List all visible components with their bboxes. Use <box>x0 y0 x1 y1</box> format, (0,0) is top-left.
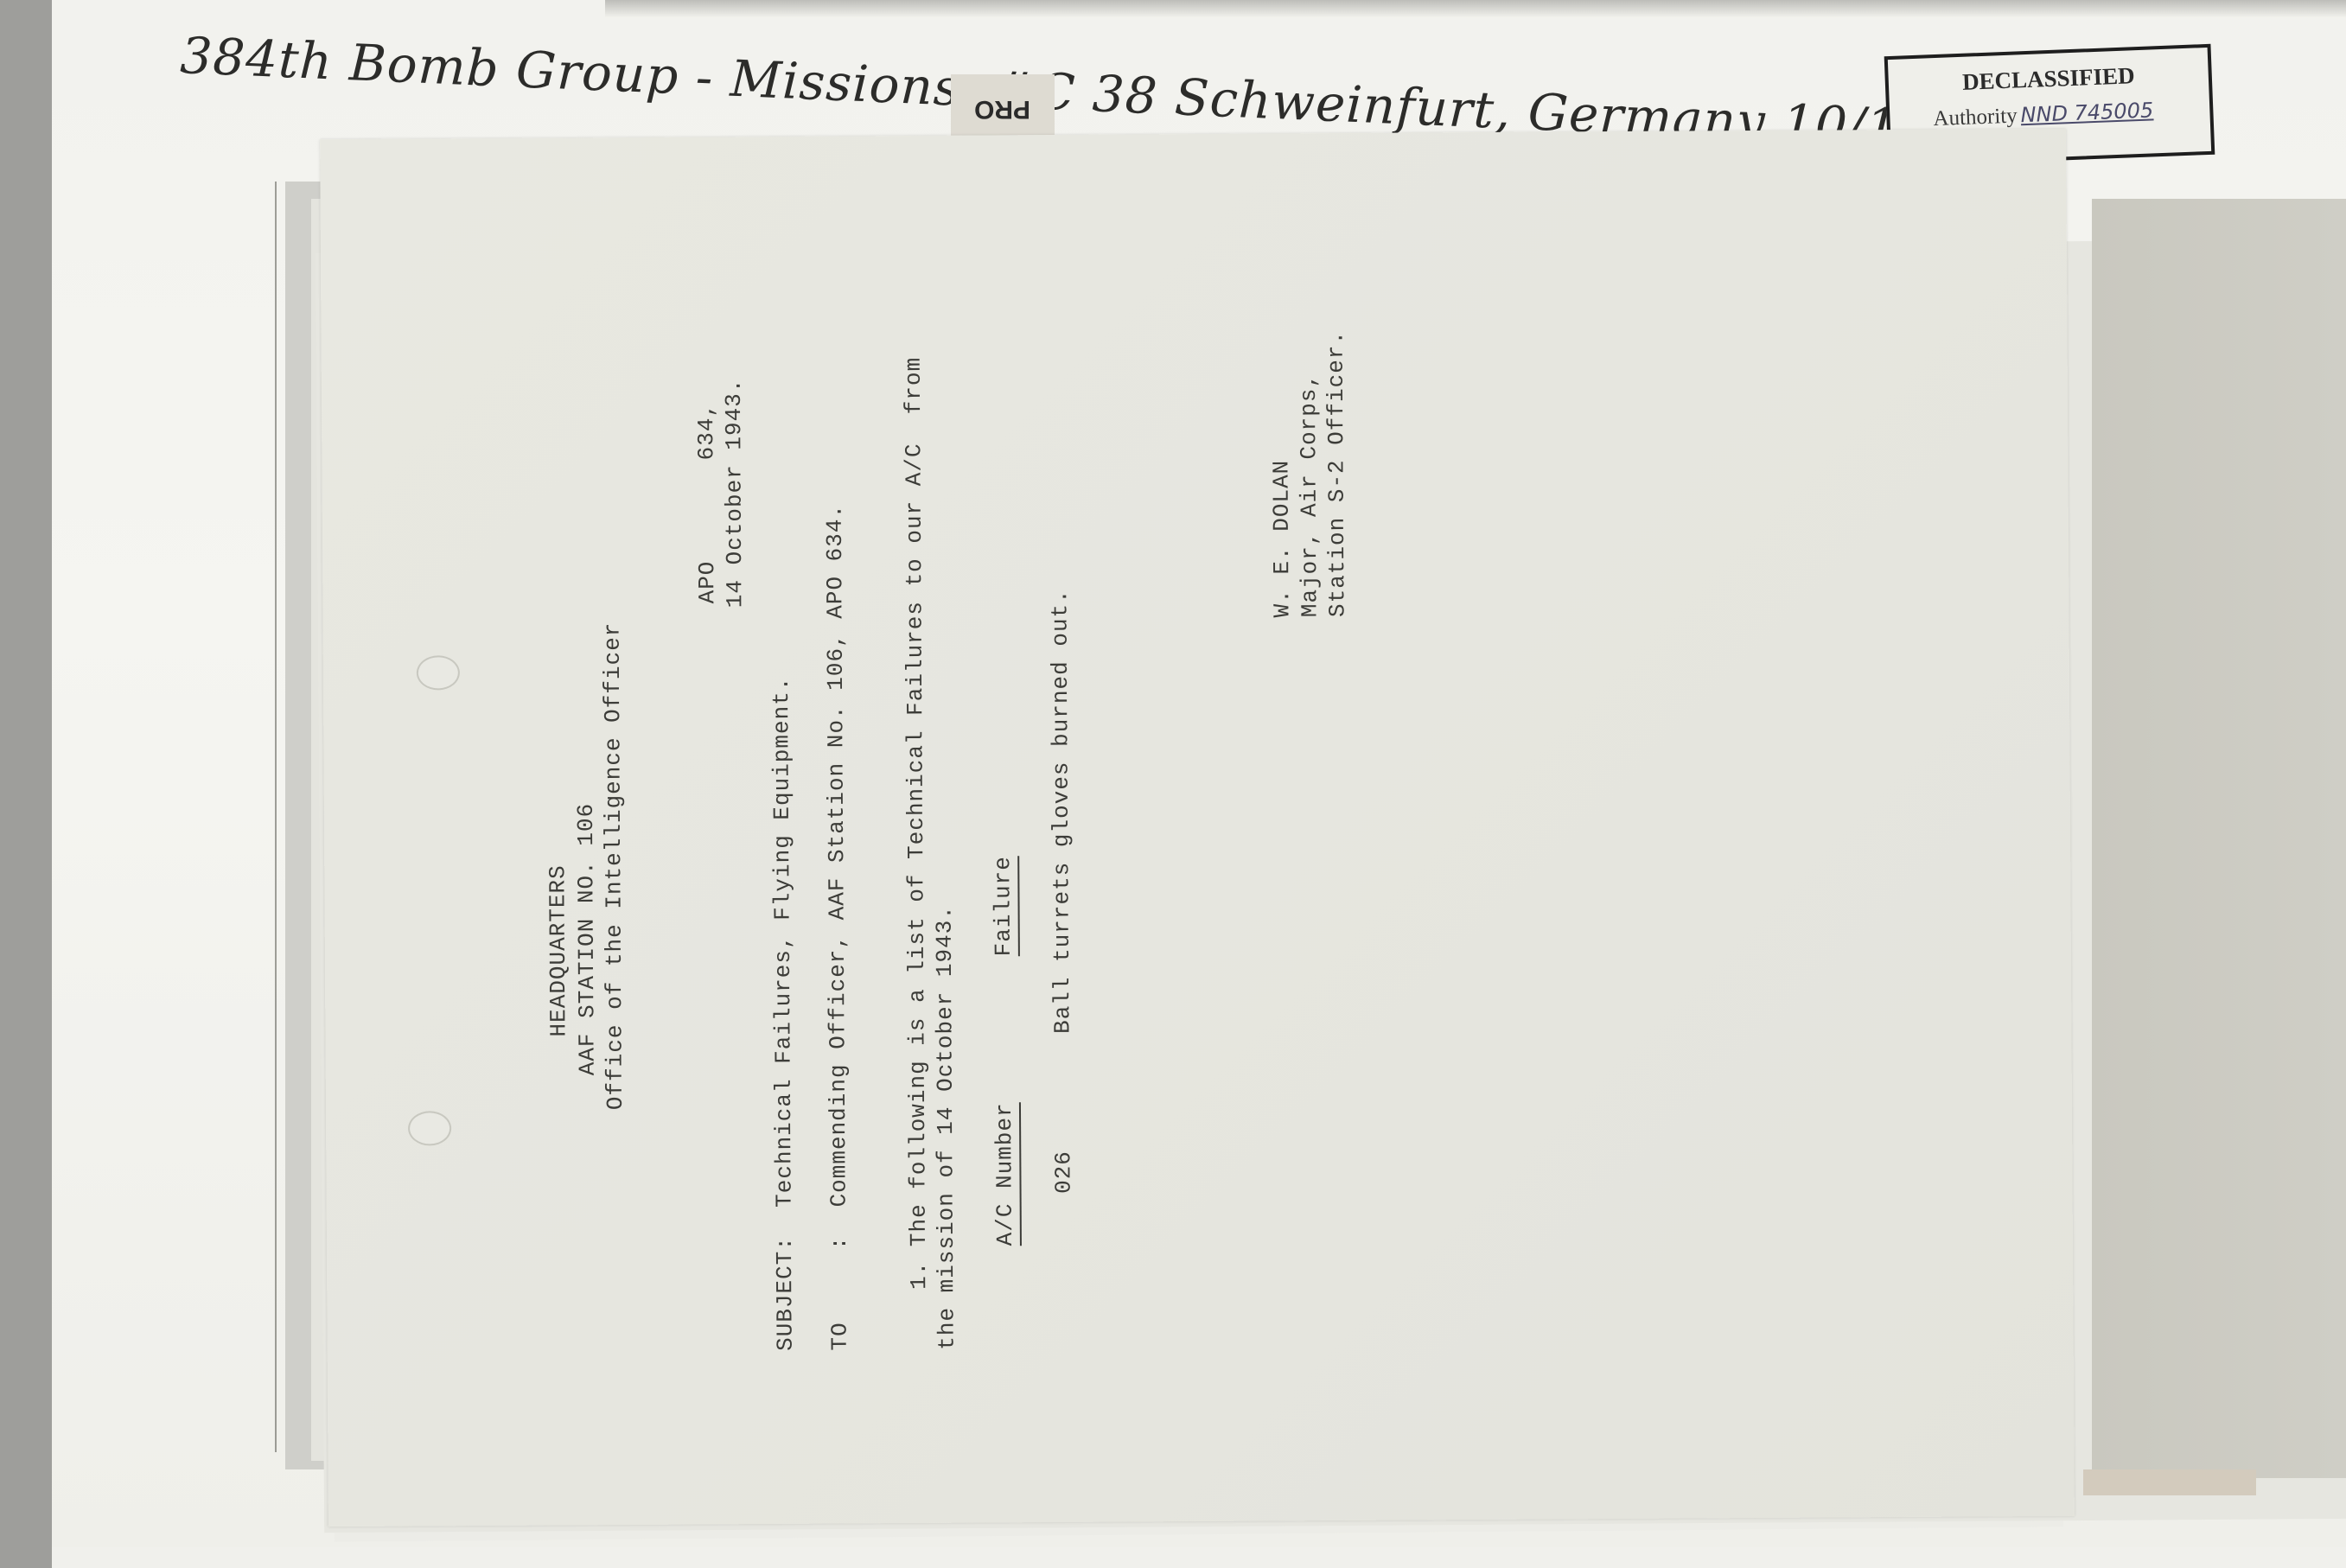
table-row-ac-number: 026 <box>1050 1151 1076 1194</box>
letterhead-office: Office of the Intelligence Officer <box>600 622 628 1111</box>
to-line: TO : Commending Officer, AAF Station No.… <box>822 504 853 1351</box>
date-line: 14 October 1943. <box>721 379 749 609</box>
folder-binding-line <box>275 182 277 1452</box>
punch-hole <box>408 1111 451 1145</box>
signature-rank: Major, Air Corps, <box>1296 373 1323 617</box>
letterhead-station: AAF STATION NO. 106 <box>573 803 601 1076</box>
punch-hole <box>417 655 460 690</box>
paragraph-line-2: the mission of 14 October 1943. <box>932 905 960 1350</box>
declassified-authority: AuthorityNND 745005 <box>1933 98 2154 131</box>
authority-number: NND 745005 <box>2020 98 2154 127</box>
subject-text: Technical Failures, Flying Equipment. <box>768 677 798 1208</box>
to-colon: : <box>826 1236 852 1251</box>
tan-paper-strip <box>2083 1469 2256 1495</box>
document-page: HEADQUARTERS AAF STATION NO. 106 Office … <box>320 129 2075 1527</box>
brown-folder-sheet <box>2092 199 2346 1478</box>
paragraph-line-1: 1. The following is a list of Technical … <box>901 357 933 1290</box>
pro-tab-label[interactable]: PRO <box>951 74 1055 143</box>
declassified-title: DECLASSIFIED <box>1888 60 2209 99</box>
letterhead-headquarters: HEADQUARTERS <box>545 864 571 1036</box>
table-row-failure: Ball turrets gloves burned out. <box>1047 589 1075 1034</box>
authority-label: Authority <box>1933 104 2018 131</box>
to-text: Commending Officer, AAF Station No. 106,… <box>822 504 852 1208</box>
signature-name: W. E. DOLAN <box>1268 460 1295 618</box>
to-label: TO <box>826 1322 852 1350</box>
top-shadow <box>605 0 2346 17</box>
table-header-ac-number: A/C Number <box>991 1102 1022 1246</box>
pro-tab-text: PRO <box>974 94 1030 124</box>
bottom-edge <box>52 1547 2346 1568</box>
subject-line: SUBJECT: Technical Failures, Flying Equi… <box>768 677 799 1352</box>
signature-title: Station S-2 Officer. <box>1323 330 1350 617</box>
subject-label: SUBJECT: <box>772 1236 799 1351</box>
apo-line: APO 634, <box>693 403 720 604</box>
table-header-failure: Failure <box>990 856 1020 956</box>
